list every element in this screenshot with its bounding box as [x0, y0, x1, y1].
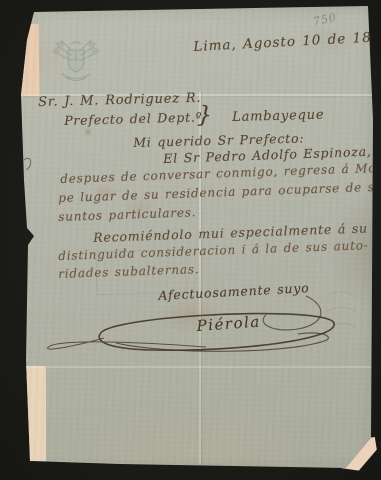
fold-crease-horizontal-bottom	[26, 366, 371, 368]
tape-top-left	[16, 24, 39, 96]
peru-coat-of-arms-seal	[46, 30, 106, 88]
dateline: Lima, Agosto 10 de 1897	[193, 29, 381, 55]
signature: Piérola	[196, 313, 261, 335]
body-line: suntos particulares.	[58, 205, 197, 224]
recipient-name: Sr. J. M. Rodriguez R.	[38, 91, 202, 110]
tape-bottom-left	[22, 366, 46, 461]
photo-of-letter: 750 Lima, Agosto 10 de 1897 Sr. J. M. Ro…	[0, 0, 381, 480]
recipient-title: Prefecto del Dept.º	[64, 109, 203, 128]
pencil-note: 750	[312, 11, 338, 29]
department-name: Lambayeque	[232, 108, 325, 125]
letter-paper: 750 Lima, Agosto 10 de 1897 Sr. J. M. Ro…	[0, 0, 381, 480]
department-brace: }	[197, 102, 214, 129]
